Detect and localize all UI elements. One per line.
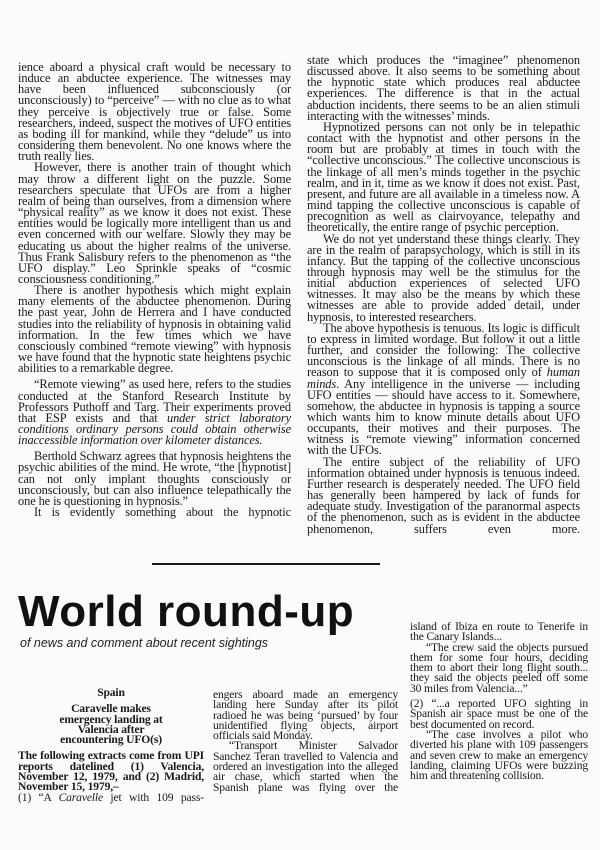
paragraph: However, there is another train of thoug…	[18, 162, 291, 285]
news-intro: The following extracts come from UPI rep…	[18, 751, 204, 792]
news-country-heading: Spain	[18, 688, 204, 698]
section-subtitle: of news and comment about recent sightin…	[20, 636, 268, 650]
article-column-left: ience aboard a physical craft would be n…	[18, 62, 291, 518]
paragraph: ience aboard a physical craft would be n…	[18, 62, 291, 162]
paragraph: The above hypothesis is tenuous. Its log…	[307, 323, 580, 457]
section-divider-rule	[152, 563, 380, 565]
paragraph: state which produces the “imaginee” phen…	[307, 55, 580, 122]
paragraph: There is another hypothesis which might …	[18, 285, 291, 374]
news-paragraph: “The case involves a pilot who diverted …	[410, 730, 588, 781]
paragraph: The entire subject of the reliability of…	[307, 457, 580, 535]
section-title: World round-up	[18, 590, 354, 634]
paragraph: It is evidently something about the hypn…	[18, 507, 291, 518]
news-paragraph: “The crew said the objects pursued them …	[410, 643, 588, 694]
news-column-1: Spain Caravelle makes emergency landing …	[18, 688, 204, 803]
paragraph: “Remote viewing” as used here, refers to…	[18, 379, 291, 446]
news-paragraph: island of Ibiza en route to Tenerife in …	[410, 622, 588, 643]
news-column-3: island of Ibiza en route to Tenerife in …	[410, 622, 588, 781]
paragraph-text: jet with 109 pass-	[103, 791, 204, 804]
article-column-right: state which produces the “imaginee” phen…	[307, 55, 580, 535]
italic-aircraft-name: Caravelle	[59, 791, 103, 804]
paragraph-text: . Any intelligence in the universe — inc…	[307, 377, 580, 458]
news-paragraph: (2) “...a reported UFO sighting in Spani…	[410, 699, 588, 730]
news-paragraph: “Transport Minister Salvador Sanchez Ter…	[213, 741, 398, 792]
paragraph: We do not yet understand these things cl…	[307, 234, 580, 323]
news-paragraph: (1) “A Caravelle jet with 109 pass-	[18, 793, 204, 803]
paragraph-text: (1) “A	[18, 791, 59, 804]
news-paragraph: engers aboard made an emergency landing …	[213, 690, 398, 741]
news-column-2: engers aboard made an emergency landing …	[213, 690, 398, 793]
news-story-title: Caravelle makes emergency landing at Val…	[18, 704, 204, 745]
paragraph-text: The above hypothesis is tenuous. Its log…	[307, 321, 580, 380]
paragraph: Hypnotized persons can not only be in te…	[307, 122, 580, 234]
paragraph: Berthold Schwarz agrees that hypnosis he…	[18, 451, 291, 507]
